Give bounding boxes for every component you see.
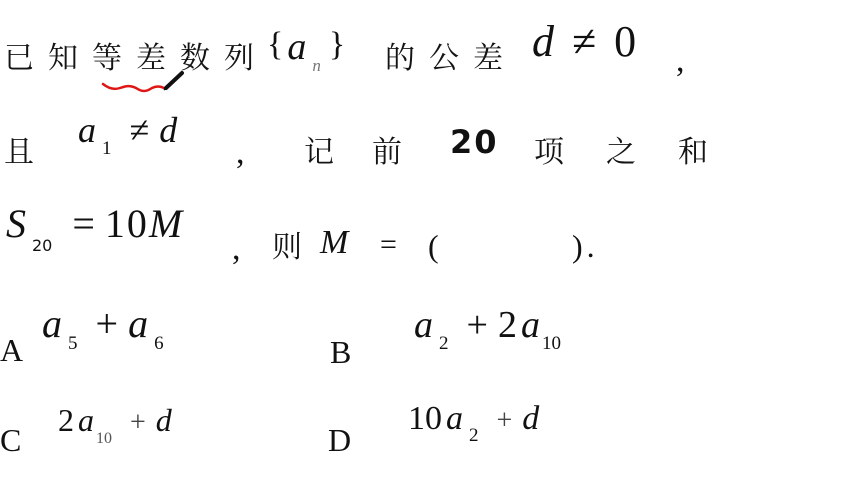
pen-annotation-layer xyxy=(0,0,864,486)
red-wavy-underline xyxy=(103,84,164,91)
pen-cursor-icon xyxy=(164,73,182,90)
